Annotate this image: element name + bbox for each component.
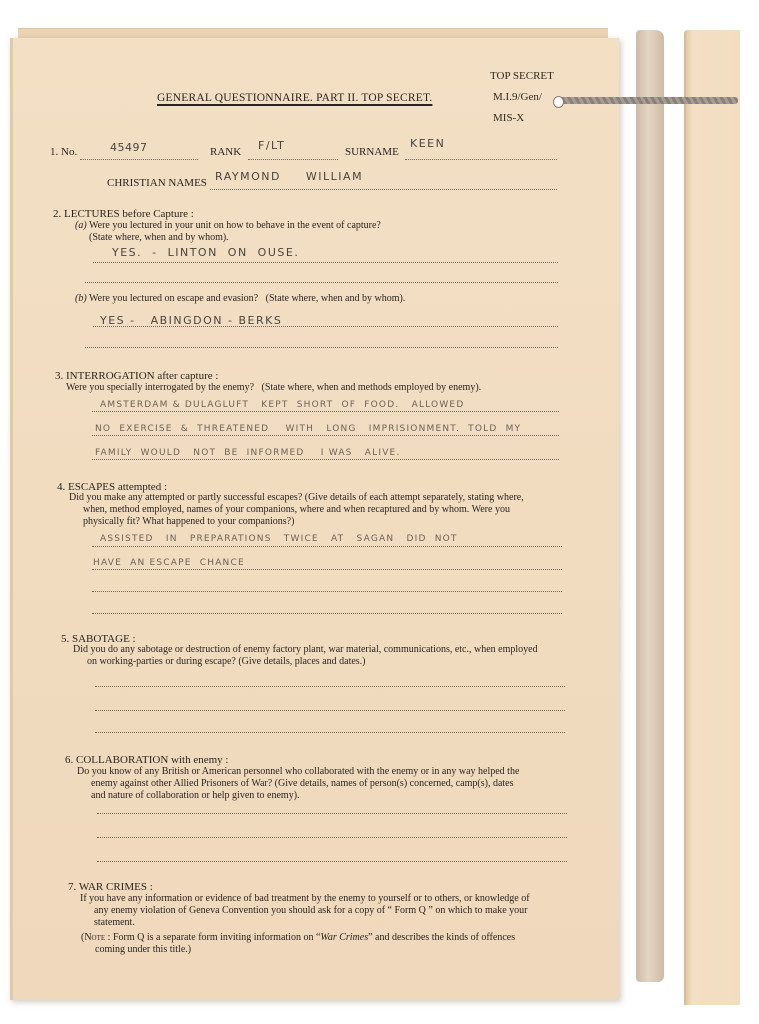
answer-line <box>95 686 565 687</box>
answer-line <box>92 546 562 547</box>
binding-rod <box>636 30 664 982</box>
section-heading: LECTURES before Capture : <box>64 208 194 220</box>
question-text-line3: statement. <box>80 917 580 929</box>
christian-names-line <box>210 189 557 190</box>
classification-label: TOP SECRET <box>490 66 554 86</box>
no-label: 1. No. <box>50 146 77 158</box>
answer-2a-line1[interactable]: YES. - LINTON ON OUSE. <box>112 246 299 259</box>
question-3: Were you specially interrogated by the e… <box>66 382 566 394</box>
answer-line <box>92 569 562 570</box>
surname-field-line <box>405 159 557 160</box>
adjacent-page <box>684 30 740 1005</box>
no-field-line <box>80 159 198 160</box>
section-heading: COLLABORATION with enemy : <box>76 754 228 766</box>
surname-label: SURNAME <box>345 146 399 158</box>
answer-line <box>97 861 567 862</box>
answer-line <box>92 435 559 436</box>
answer-line <box>92 613 562 614</box>
question-text-line3: and nature of collaboration or help give… <box>77 790 577 802</box>
question-marker: (b) <box>75 293 87 304</box>
answer-line <box>92 411 559 412</box>
question-text: Did you do any sabotage or destruction o… <box>73 644 538 655</box>
binding-string <box>557 97 738 104</box>
question-6: Do you know of any British or American p… <box>77 766 577 802</box>
answer-3-line3[interactable]: FAMILY WOULD NOT BE INFORMED I WAS ALIVE… <box>95 448 401 458</box>
section-number: 6. <box>65 754 73 766</box>
answer-line <box>92 459 559 460</box>
question-text-line2: enemy against other Allied Prisoners of … <box>77 778 577 790</box>
section-interrogation: 3. INTERROGATION after capture : <box>55 370 218 382</box>
answer-line <box>95 710 565 711</box>
agency-label: MIS-X <box>493 108 524 128</box>
section-lectures: 2. LECTURES before Capture : <box>53 208 194 220</box>
answer-line <box>92 591 562 592</box>
section-number: 5. <box>61 633 69 645</box>
section-heading: INTERROGATION after capture : <box>66 370 218 382</box>
question-5: Did you do any sabotage or destruction o… <box>73 644 573 668</box>
answer-3-line2[interactable]: NO EXERCISE & THREATENED WITH LONG IMPRI… <box>95 424 521 434</box>
no-field[interactable]: 45497 <box>110 141 148 154</box>
question-4: Did you make any attempted or partly suc… <box>69 492 569 528</box>
surname-field[interactable]: KEEN <box>410 137 445 150</box>
section-number: 3. <box>55 370 63 382</box>
answer-line <box>97 837 567 838</box>
note-text: Form Q is a separate form inviting infor… <box>113 932 320 943</box>
answer-line <box>93 262 558 263</box>
answer-4-line1[interactable]: ASSISTED IN PREPARATIONS TWICE AT SAGAN … <box>100 534 458 544</box>
reference-label: M.I.9/Gen/ <box>493 87 542 107</box>
answer-line <box>95 732 565 733</box>
section-number: 2. <box>53 208 61 220</box>
war-crimes-note: (Note : Form Q is a separate form inviti… <box>81 932 581 956</box>
question-7: If you have any information or evidence … <box>80 893 580 929</box>
question-text-line2: (State where, when and by whom). <box>75 232 555 244</box>
christian-names-field[interactable]: RAYMOND WILLIAM <box>215 170 363 183</box>
answer-line <box>85 347 558 348</box>
section-collaboration: 6. COLLABORATION with enemy : <box>65 754 228 766</box>
question-text-line2: when, method employed, names of your com… <box>69 504 569 516</box>
question-text-line3: physically fit? What happened to your co… <box>69 516 569 528</box>
question-text: Were you lectured in your unit on how to… <box>89 220 381 231</box>
rank-field[interactable]: F/LT <box>258 139 285 152</box>
christian-names-label: CHRISTIAN NAMES <box>107 177 207 189</box>
question-text: Were you lectured on escape and evasion?… <box>89 293 405 304</box>
note-text2: ” and describes the kinds of offences <box>368 932 515 943</box>
section-number: 4. <box>57 481 65 493</box>
answer-3-line1[interactable]: AMSTERDAM & DULAGLUFT KEPT SHORT OF FOOD… <box>100 400 464 410</box>
section-number: 7. <box>68 881 76 893</box>
question-marker: (a) <box>75 220 87 231</box>
rank-field-line <box>248 159 338 160</box>
answer-line <box>85 282 558 283</box>
answer-line <box>97 813 567 814</box>
answer-4-line2[interactable]: HAVE AN ESCAPE CHANCE <box>93 558 245 568</box>
section-heading: WAR CRIMES : <box>79 881 153 893</box>
question-text-line2: any enemy violation of Geneva Convention… <box>80 905 580 917</box>
section-war-crimes: 7. WAR CRIMES : <box>68 881 153 893</box>
page-title: GENERAL QUESTIONNAIRE. PART II. TOP SECR… <box>157 92 432 104</box>
punch-hole <box>553 96 564 108</box>
question-text-line2: on working-parties or during escape? (Gi… <box>73 656 573 668</box>
question-2b: (b) Were you lectured on escape and evas… <box>75 293 555 305</box>
answer-2b-line1[interactable]: YES - ABINGDON - BERKS <box>100 314 282 327</box>
note-line2: coming under this title.) <box>81 944 581 956</box>
question-text: Do you know of any British or American p… <box>77 766 519 777</box>
question-text: If you have any information or evidence … <box>80 893 530 904</box>
rank-label: RANK <box>210 146 241 158</box>
note-label: (Note : <box>81 932 110 943</box>
question-2a: (a) Were you lectured in your unit on ho… <box>75 220 555 244</box>
note-italic: War Crimes <box>320 932 368 943</box>
question-text: Did you make any attempted or partly suc… <box>69 492 524 503</box>
